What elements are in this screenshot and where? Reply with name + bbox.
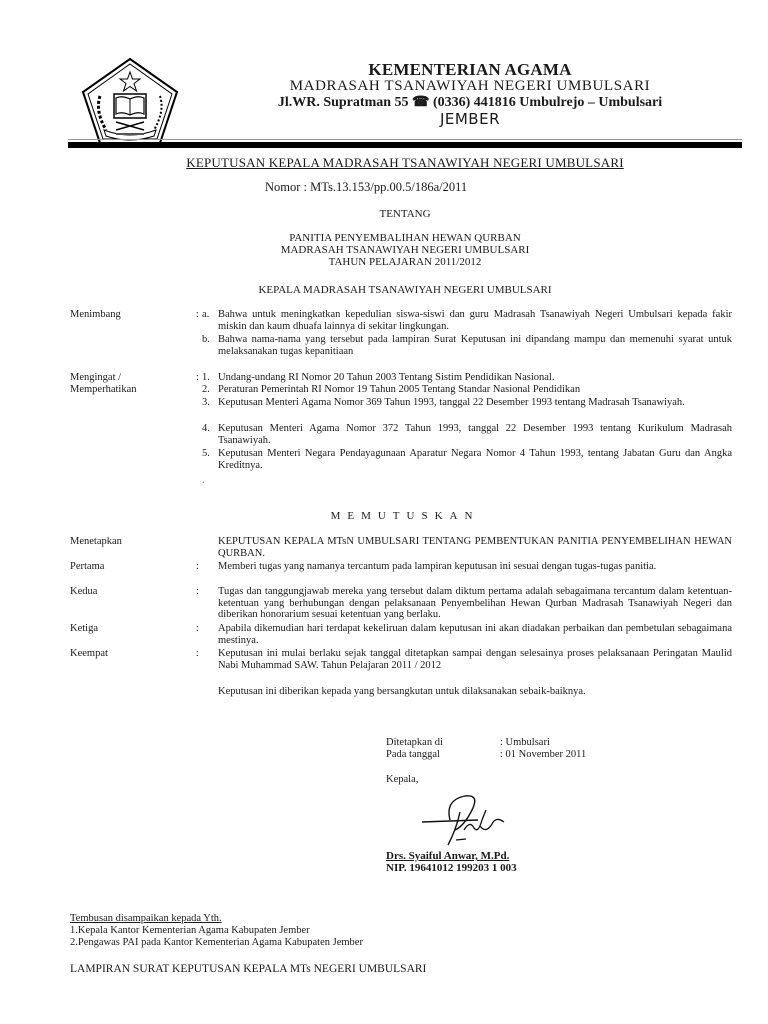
signatory-name: Drs. Syaiful Anwar, M.Pd. <box>386 851 509 863</box>
school-name: MADRASAH TSANAWIYAH NEGERI UMBULSARI <box>190 78 750 95</box>
pertama-text: Memberi tugas yang namanya tercantum pad… <box>218 561 732 573</box>
menimbang-item-b: Bahwa nama-nama yang tersebut pada lampi… <box>218 334 732 357</box>
mengingat-colon: : <box>196 372 199 384</box>
menimbang-marker-a: a. <box>202 309 209 321</box>
menetapkan-label: Menetapkan <box>70 536 122 548</box>
mengingat-marker: 4. <box>202 423 210 435</box>
decree-issuer: KEPALA MADRASAH TSANAWIYAH NEGERI UMBULS… <box>68 284 742 296</box>
mengingat-item: Undang-undang RI Nomor 20 Tahun 2003 Ten… <box>218 372 732 384</box>
mengingat-marker: 1. <box>202 372 210 384</box>
place-label: Ditetapkan di <box>386 737 443 749</box>
ketiga-label: Ketiga <box>70 623 98 635</box>
decree-number-label: Nomor : <box>265 180 307 194</box>
keempat-colon: : <box>196 648 199 660</box>
mengingat-label: Mengingat / Memperhatikan <box>70 372 136 395</box>
menimbang-label: Menimbang <box>70 309 121 321</box>
menimbang-colon: : <box>196 309 199 321</box>
handwritten-signature <box>420 790 520 850</box>
decree-number-value: MTs.13.153/pp.00.5/186a/2011 <box>310 180 467 194</box>
mengingat-marker: 2. <box>202 384 210 396</box>
address-street: Jl.WR. Supratman 55 <box>278 95 409 110</box>
subject-line: PANITIA PENYEMBALIHAN HEWAN QURBAN <box>68 232 742 244</box>
mengingat-item: Keputusan Menteri Agama Nomor 372 Tahun … <box>218 423 732 446</box>
ministry-name: KEMENTERIAN AGAMA <box>190 60 750 80</box>
ketiga-text: Apabila dikemudian hari terdapat kekelir… <box>218 623 732 646</box>
menimbang-marker-b: b. <box>202 334 210 346</box>
tembusan-heading: Tembusan disampaikan kepada Yth. <box>70 913 222 925</box>
kementerian-agama-emblem-logo <box>80 56 180 146</box>
date-label: Pada tanggal <box>386 749 440 761</box>
subject-line: MADRASAH TSANAWIYAH NEGERI UMBULSARI <box>68 244 742 256</box>
mengingat-marker: 3. <box>202 397 210 409</box>
mengingat-marker: 5. <box>202 448 210 460</box>
kedua-colon: : <box>196 586 199 598</box>
mengingat-trailing-mark: . <box>202 475 205 487</box>
lampiran-heading: LAMPIRAN SURAT KEPUTUSAN KEPALA MTs NEGE… <box>70 963 426 975</box>
letterhead-divider-thick <box>68 142 742 148</box>
school-address: Jl.WR. Supratman 55 ☎ (0336) 441816 Umbu… <box>190 94 750 111</box>
address-phone-city: (0336) 441816 Umbulrejo – Umbulsari <box>433 95 662 110</box>
tembusan-item: 2.Pengawas PAI pada Kantor Kementerian A… <box>70 937 363 949</box>
letterhead-divider-thin <box>68 139 742 140</box>
keempat-label: Keempat <box>70 648 108 660</box>
mengingat-item: Peraturan Pemerintah RI Nomor 19 Tahun 2… <box>218 384 732 396</box>
city-name: JEMBER <box>190 110 750 128</box>
menetapkan-text: KEPUTUSAN KEPALA MTsN UMBULSARI TENTANG … <box>218 536 732 559</box>
telephone-icon: ☎ <box>412 95 429 110</box>
mengingat-label-line2: Memperhatikan <box>70 384 136 396</box>
place-value: : Umbulsari <box>500 737 550 749</box>
ketiga-colon: : <box>196 623 199 635</box>
pertama-label: Pertama <box>70 561 104 573</box>
kedua-label: Kedua <box>70 586 97 598</box>
decree-number: Nomor : MTs.13.153/pp.00.5/186a/2011 <box>265 180 467 195</box>
menimbang-item-a: Bahwa untuk meningkatkan kepedulian sisw… <box>218 309 732 332</box>
tembusan-item: 1.Kepala Kantor Kementerian Agama Kabupa… <box>70 925 310 937</box>
date-value: : 01 November 2011 <box>500 749 586 761</box>
kedua-text: Tugas dan tanggungjawab mereka yang ters… <box>218 586 732 621</box>
memutuskan-heading: MEMUTUSKAN <box>68 510 742 522</box>
keempat-text: Keputusan ini mulai berlaku sejak tangga… <box>218 648 732 671</box>
tentang-heading: TENTANG <box>68 208 742 220</box>
signatory-nip: NIP. 19641012 199203 1 003 <box>386 863 517 875</box>
subject-line: TAHUN PELAJARAN 2011/2012 <box>68 256 742 268</box>
decree-subject: PANITIA PENYEMBALIHAN HEWAN QURBAN MADRA… <box>68 232 742 268</box>
mengingat-item: Keputusan Menteri Negara Pendayagunaan A… <box>218 448 732 471</box>
closing-statement: Keputusan ini diberikan kepada yang bers… <box>218 686 586 698</box>
role-label: Kepala, <box>386 774 418 786</box>
mengingat-label-line1: Mengingat / <box>70 372 136 384</box>
pertama-colon: : <box>196 561 199 573</box>
decree-title: KEPUTUSAN KEPALA MADRASAH TSANAWIYAH NEG… <box>68 155 742 171</box>
mengingat-item: Keputusan Menteri Agama Nomor 369 Tahun … <box>218 397 732 409</box>
